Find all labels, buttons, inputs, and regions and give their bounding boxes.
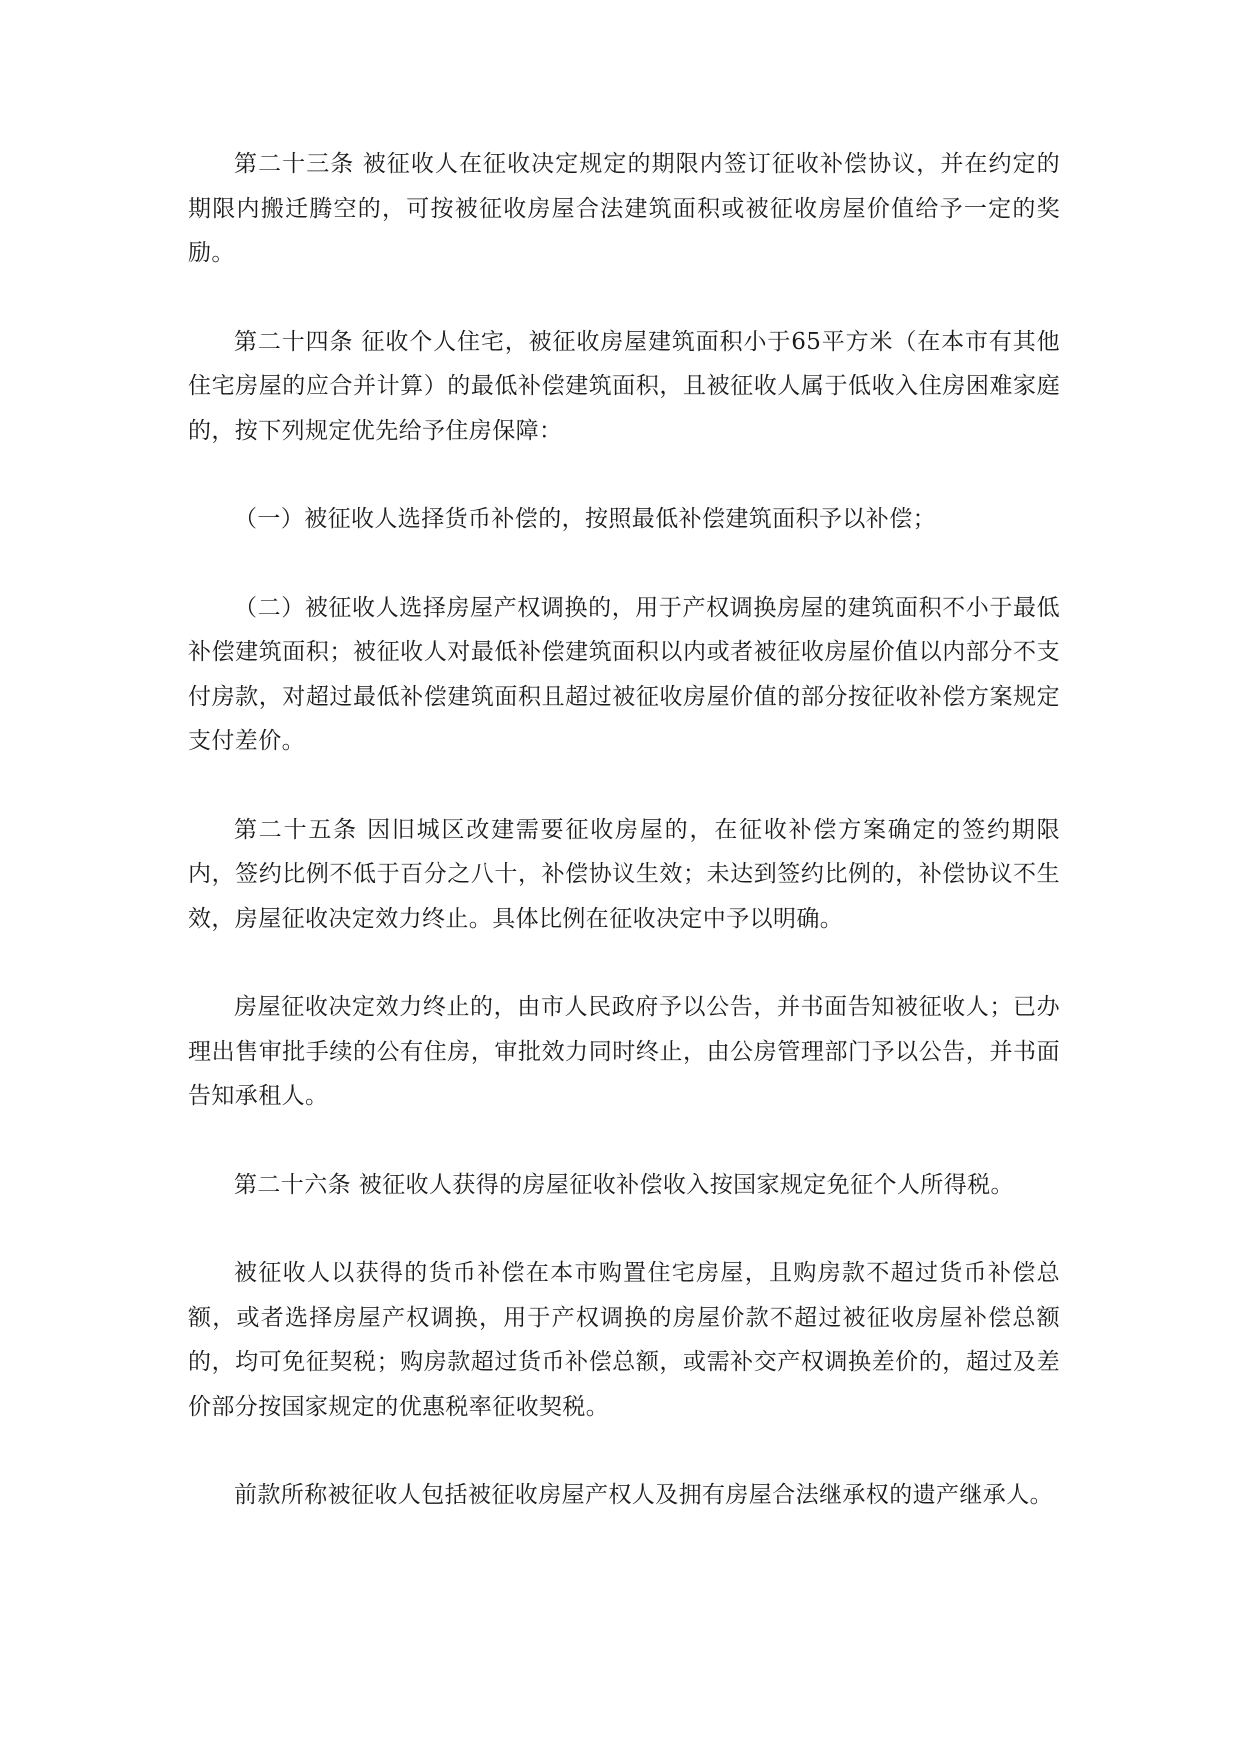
article-24-item-2: （二）被征收人选择房屋产权调换的，用于产权调换房屋的建筑面积不小于最低补偿建筑面… — [188, 586, 1060, 764]
article-25-paragraph: 第二十五条 因旧城区改建需要征收房屋的，在征收补偿方案确定的签约期限内，签约比例… — [188, 808, 1060, 942]
article-23-paragraph: 第二十三条 被征收人在征收决定规定的期限内签订征收补偿协议，并在约定的期限内搬迁… — [188, 142, 1060, 276]
article-26-third-paragraph: 前款所称被征收人包括被征收房屋产权人及拥有房屋合法继承权的遗产继承人。 — [188, 1473, 1060, 1518]
article-26-paragraph: 第二十六条 被征收人获得的房屋征收补偿收入按国家规定免征个人所得税。 — [188, 1163, 1060, 1208]
article-24-item-1: （一）被征收人选择货币补偿的，按照最低补偿建筑面积予以补偿； — [188, 497, 1060, 542]
article-26-second-paragraph: 被征收人以获得的货币补偿在本市购置住宅房屋，且购房款不超过货币补偿总额，或者选择… — [188, 1251, 1060, 1429]
document-page: 第二十三条 被征收人在征收决定规定的期限内签订征收补偿协议，并在约定的期限内搬迁… — [188, 142, 1060, 1562]
article-25-second-paragraph: 房屋征收决定效力终止的，由市人民政府予以公告，并书面告知被征收人；已办理出售审批… — [188, 985, 1060, 1119]
article-24-paragraph: 第二十四条 征收个人住宅，被征收房屋建筑面积小于65平方米（在本市有其他住宅房屋… — [188, 320, 1060, 454]
